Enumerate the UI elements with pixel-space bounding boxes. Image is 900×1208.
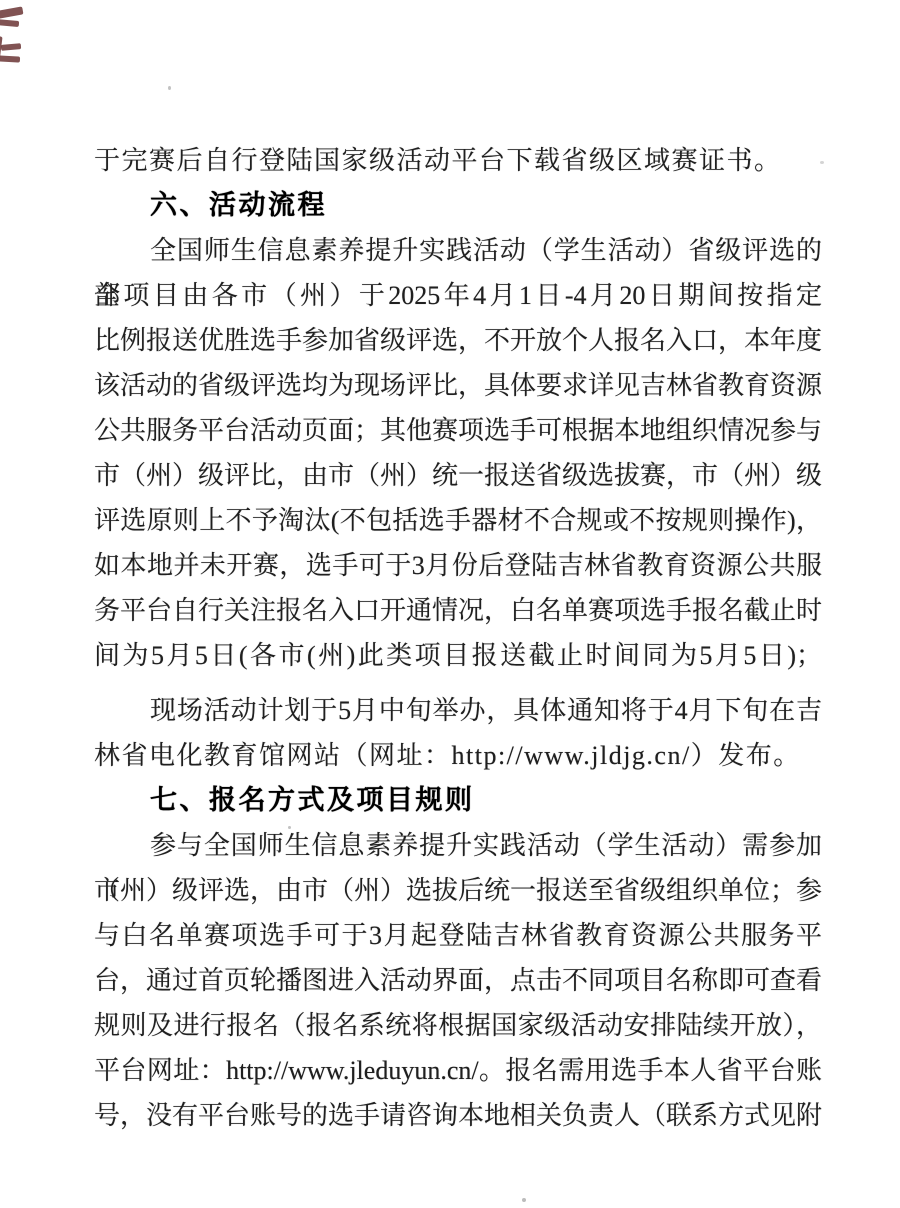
text-line: 间为5月5日(各市(州)此类项目报送截止时间同为5月5日)； (94, 633, 822, 678)
text-line: 评选原则上不予淘汰(不包括选手器材不合规或不按规则操作)， (94, 498, 822, 543)
text-line: 比例报送优胜选手参加省级评选，不开放个人报名入口，本年度 (94, 318, 822, 363)
text-line: 号，没有平台账号的选手请咨询本地相关负责人（联系方式见附 (94, 1093, 822, 1138)
scan-speck (820, 161, 824, 164)
text-line: 台，通过首页轮播图进入活动界面，点击不同项目名称即可查看 (94, 958, 822, 1003)
scan-speck (168, 86, 171, 90)
document-text-block: 于完赛后自行登陆国家级活动平台下载省级区域赛证书。六、活动流程全国师生信息素养提… (94, 138, 822, 1138)
text-line: 市（州）级评比，由市（州）统一报送省级选拔赛，市（州）级 (94, 453, 822, 498)
stamp-fragment (0, 6, 23, 19)
scan-speck (430, 797, 433, 799)
text-line: 于完赛后自行登陆国家级活动平台下载省级区域赛证书。 (94, 138, 822, 183)
text-line: 与白名单赛项选手可于3月起登陆吉林省教育资源公共服务平 (94, 913, 822, 958)
text-line: 平台网址：http://www.jleduyun.cn/。报名需用选手本人省平台… (94, 1048, 822, 1093)
section-heading: 六、活动流程 (94, 183, 822, 228)
text-line: 全国师生信息素养提升实践活动（学生活动）省级评选的全 (94, 228, 822, 273)
text-line: 部项目由各市（州）于2025年4月1日-4月20日期间按指定 (94, 273, 822, 318)
text-line: 务平台自行关注报名入口开通情况，白名单赛项选手报名截止时 (94, 588, 822, 633)
text-line: 如本地并未开赛，选手可于3月份后登陆吉林省教育资源公共服 (94, 543, 822, 588)
scan-speck (288, 826, 291, 829)
text-line: 参与全国师生信息素养提升实践活动（学生活动）需参加市 (94, 823, 822, 868)
stamp-fragment (0, 19, 19, 27)
text-line: 现场活动计划于5月中旬举办，具体通知将于4月下旬在吉 (94, 688, 822, 733)
section-heading: 七、报名方式及项目规则 (94, 778, 822, 823)
stamp-fragment (0, 55, 20, 62)
text-line: 公共服务平台活动页面；其他赛项选手可根据本地组织情况参与 (94, 408, 822, 453)
text-line: 规则及进行报名（报名系统将根据国家级活动安排陆续开放）， (94, 1003, 822, 1048)
text-line: 该活动的省级评选均为现场评比，具体要求详见吉林省教育资源 (94, 363, 822, 408)
text-line: （州）级评选，由市（州）选拔后统一报送至省级组织单位；参 (94, 868, 822, 913)
text-line: 林省电化教育馆网站（网址：http://www.jldjg.cn/）发布。 (94, 733, 822, 778)
stamp-fragment (1, 43, 21, 51)
document-page: 于完赛后自行登陆国家级活动平台下载省级区域赛证书。六、活动流程全国师生信息素养提… (0, 0, 900, 1208)
scan-speck (522, 1198, 526, 1202)
